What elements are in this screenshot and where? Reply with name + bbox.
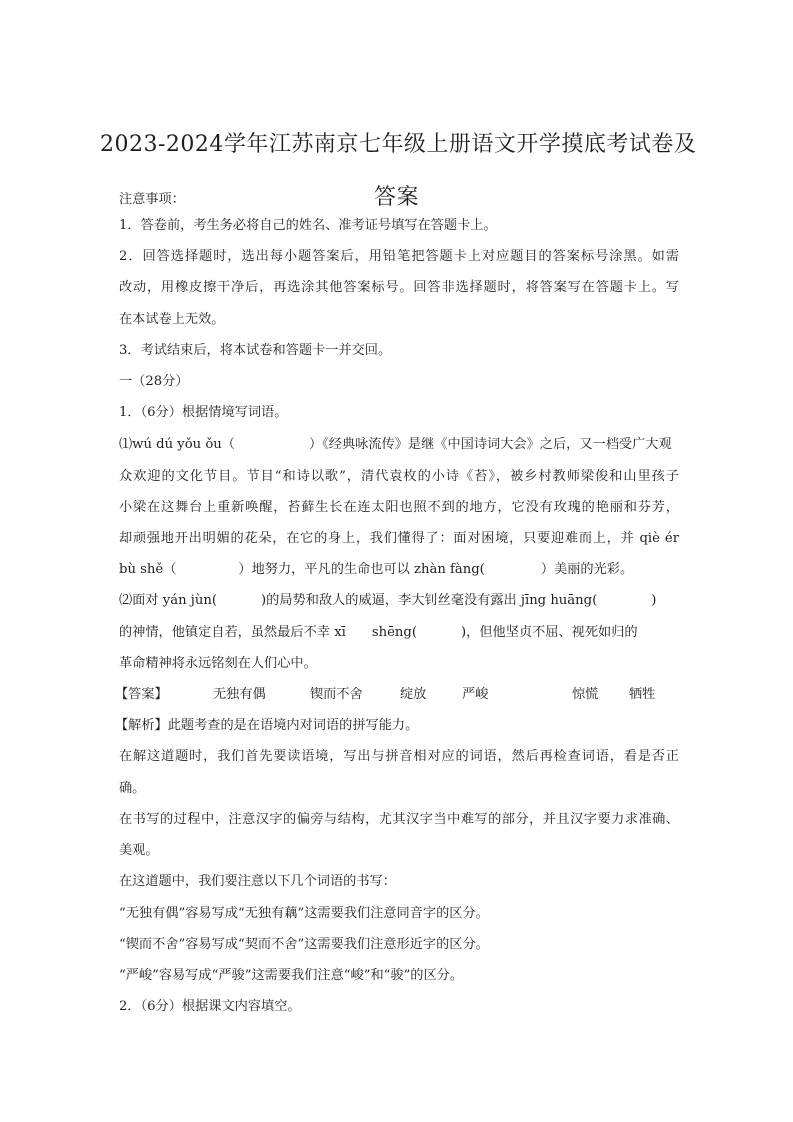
analysis-line: “严峻”容易写成“严骏”这需要我们注意“峻”和“骏”的区分。 — [119, 967, 679, 985]
answer-word: 惊慌 — [572, 686, 598, 704]
q1-p1-pinyin: bù shě（ — [119, 562, 176, 577]
q1-p2-text: shēng( — [372, 625, 417, 640]
q1-p2-text: ) — [651, 593, 656, 608]
q1-p2-text: )，但他坚贞不屈、视死如归的 — [461, 625, 638, 640]
analysis-text: 此题考查的是在语境内对词语的拼写能力。 — [168, 718, 419, 733]
section-heading: 一（28分） — [119, 373, 679, 391]
answer-word: 锲而不舍 — [310, 686, 363, 704]
q1-p2-line: 的神情，他镇定自若，虽然最后不幸 xīshēng()，但他坚贞不屈、视死如归的 — [119, 624, 679, 642]
analysis-line: 美观。 — [119, 842, 679, 860]
q1-p2-line: ⑵面对 yán jùn()的局势和敌人的威逼，李大钊丝毫没有露出 jīng hu… — [119, 592, 679, 610]
q1-p2-text: 的神情，他镇定自若，虽然最后不幸 xī — [119, 625, 346, 640]
q1-p1-line: 小梁在这舞台上重新唤醒，苔藓生长在连太阳也照不到的地方，它没有玫瑰的艳丽和芬芳， — [119, 499, 679, 517]
notice-item-cont: 在本试卷上无效。 — [119, 311, 679, 329]
answer-word: 牺牲 — [629, 686, 655, 704]
notice-item-cont: 改动，用橡皮擦干净后，再选涂其他答案标号。回答非选择题时，将答案写在答题卡上。写 — [119, 279, 679, 297]
question-1-heading: 1．（6分）根据情境写词语。 — [119, 404, 679, 422]
notice-item: 2．回答选择题时，选出每小题答案后，用铅笔把答题卡上对应题目的答案标号涂黑。如需 — [119, 248, 679, 266]
analysis-first-line: 【解析】此题考查的是在语境内对词语的拼写能力。 — [115, 717, 675, 735]
q1-p1-line: 众欢迎的文化节目。节目“和诗以歌”，清代袁枚的小诗《苔》，被乡村教师梁俊和山里孩… — [119, 468, 679, 486]
q1-p1-text: ）《经典咏流传》是继《中国诗词大会》之后，又一档受广大观 — [309, 437, 672, 452]
analysis-line: 在这道题中，我们要注意以下几个词语的书写： — [119, 873, 679, 891]
notice-item: 3．考试结束后，将本试卷和答题卡一并交回。 — [119, 342, 679, 360]
notice-item: 1．答卷前，考生务必将自己的姓名、准考证号填写在答题卡上。 — [119, 217, 679, 235]
q1-p2-text: )的局势和敌人的威逼，李大钊丝毫没有露出 jīng huāng( — [261, 593, 597, 608]
analysis-label: 【解析】 — [115, 718, 168, 733]
answer-word: 严峻 — [462, 686, 488, 704]
analysis-line: “无独有偶”容易写成“无独有藕”这需要我们注意同音字的区分。 — [119, 905, 679, 923]
document-page: 2023-2024学年江苏南京七年级上册语文开学摸底考试卷及 答案 注意事项： … — [0, 0, 793, 1122]
notice-heading: 注意事项： — [119, 191, 679, 209]
q1-p2-line: 革命精神将永远铭刻在人们心中。 — [119, 655, 679, 673]
q1-p1-text: ）美丽的光彩。 — [541, 562, 633, 577]
q1-p1-line: bù shě（）地努力，平凡的生命也可以 zhàn fàng(）美丽的光彩。 — [119, 561, 679, 579]
q1-p1-line: 却顽强地开出明媚的花朵，在它的身上，我们懂得了：面对困境，只要迎难而上，并 qi… — [119, 530, 679, 548]
answer-label: 【答案】 — [115, 686, 168, 704]
q1-p2-text: ⑵面对 yán jùn( — [119, 593, 217, 608]
analysis-line: 在解这道题时，我们首先要读语境，写出与拼音相对应的词语，然后再检查词语，看是否正 — [119, 748, 679, 766]
q1-p1-pinyin: ⑴wú dú yǒu ǒu（ — [119, 437, 235, 452]
question-2-heading: 2．（6分）根据课文内容填空。 — [119, 998, 679, 1016]
answer-word: 绽放 — [400, 686, 426, 704]
analysis-line: 确。 — [119, 780, 679, 798]
analysis-line: “锲而不舍”容易写成“契而不舍”这需要我们注意形近字的区分。 — [119, 936, 679, 954]
document-title-line1: 2023-2024学年江苏南京七年级上册语文开学摸底考试卷及 — [100, 127, 693, 158]
answer-word: 无独有偶 — [213, 686, 266, 704]
q1-p1-text: ）地努力，平凡的生命也可以 zhàn fàng( — [238, 562, 484, 577]
q1-p1-line: ⑴wú dú yǒu ǒu（）《经典咏流传》是继《中国诗词大会》之后，又一档受广… — [119, 436, 679, 454]
analysis-line: 在书写的过程中，注意汉字的偏旁与结构，尤其汉字当中难写的部分，并且汉字要力求准确… — [119, 811, 679, 829]
